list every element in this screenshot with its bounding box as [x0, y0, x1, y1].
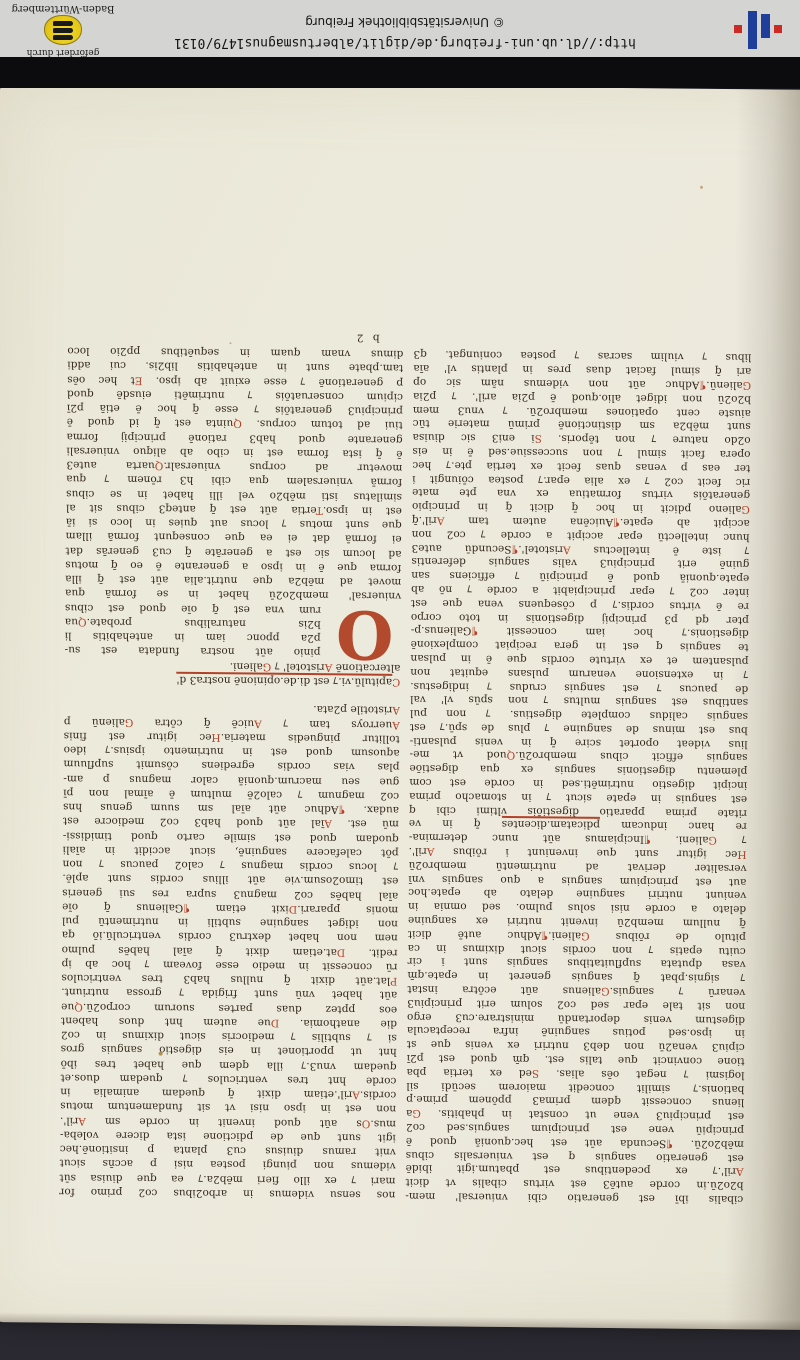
funding-region-text: Baden-Württemberg	[4, 2, 122, 14]
rubricated-text: Q	[74, 1001, 83, 1013]
logo-blue-bar	[748, 11, 757, 49]
coat-of-arms-baden-wuerttemberg-icon	[44, 15, 82, 45]
book-page: cibalis ibī est generatio cibi vniuersal…	[0, 82, 800, 1330]
rubricated-text: G	[263, 660, 272, 672]
rubricated-text: Q	[155, 460, 164, 472]
persistent-url-text: http://dl.ub.uni-freiburg.de/diglit/albe…	[130, 33, 680, 51]
rubricated-text: A	[427, 845, 435, 857]
rubricated-text: D	[271, 1017, 280, 1029]
rubricated-text: G	[125, 716, 134, 728]
rubricated-text: G	[743, 379, 752, 391]
rubricated-text: C	[392, 676, 400, 688]
rubricated-text: G	[741, 503, 750, 515]
red-underlined-text: pdicatam.dicentes	[502, 816, 600, 831]
funding-credit: gefördert durch Baden-Württemberg	[4, 2, 122, 57]
rubricated-text: H	[211, 731, 220, 743]
rubricated-text: A	[563, 543, 571, 555]
rubricated-text: S	[532, 1067, 539, 1079]
text-column-right: O b 2 nos sensu videmus in arbo2ibus co2…	[59, 344, 403, 1202]
rubricated-text: ¶	[471, 625, 478, 637]
rotated-photo: cibalis ibī est generatio cibi vniuersal…	[0, 0, 800, 1360]
scan-banner-bar: http://dl.ub.uni-freiburg.de/diglit/albe…	[0, 0, 800, 57]
rubricated-text: D	[289, 903, 298, 915]
quire-signature: b 2	[354, 331, 380, 343]
rubricated-text: ¶	[666, 1137, 673, 1149]
dust-speck	[700, 186, 703, 189]
rubricated-text: A	[392, 719, 400, 731]
lion-glyph	[53, 28, 73, 33]
rubricated-text: G	[708, 834, 717, 846]
rubricated-text: A	[352, 1089, 360, 1101]
text-column-left: cibalis ibī est generatio cibi vniuersal…	[405, 347, 751, 1206]
lion-glyph	[53, 21, 73, 26]
rubricated-text: A	[254, 717, 262, 729]
rubricated-text: ¶	[511, 543, 518, 555]
rubricated-text: A	[78, 1115, 86, 1127]
rubricated-text: ¶	[644, 834, 651, 846]
rubricated-text: ¶	[699, 379, 706, 391]
logo-red-square	[774, 25, 782, 33]
rubricated-text: O	[362, 1117, 371, 1129]
rubricated-text: G	[581, 930, 590, 942]
dust-speck	[229, 342, 231, 344]
rubricated-text: E	[135, 374, 143, 386]
rubricated-text: ¶	[338, 804, 345, 816]
rubricated-text: ¶	[183, 902, 190, 914]
rubricated-text: H	[737, 848, 746, 860]
rubricated-text: D	[337, 946, 346, 958]
rubricated-text: S	[535, 432, 542, 444]
rubricated-text: T	[317, 504, 323, 516]
rubricated-text: ¶	[613, 516, 620, 528]
lion-glyph	[53, 35, 73, 40]
rubricated-text: Q	[78, 616, 87, 628]
rubricated-text: A	[324, 818, 332, 830]
rubricated-text: G	[412, 1107, 421, 1119]
rubricated-text: A	[392, 704, 400, 716]
ub-freiburg-logo	[726, 8, 784, 50]
scan-viewport: cibalis ibī est generatio cibi vniuersal…	[0, 0, 800, 1360]
funding-note-text: gefördert durch	[4, 46, 122, 57]
rubricated-text: A	[736, 1166, 744, 1178]
rubricated-text: P	[390, 975, 397, 987]
black-divider-band	[0, 57, 800, 88]
rubricated-text: Q	[506, 749, 515, 761]
rubricated-text: ¶	[541, 929, 548, 941]
rubricated-text: Q	[233, 418, 242, 430]
dust-speck	[159, 1052, 163, 1056]
logo-blue-bar	[761, 14, 770, 38]
logo-red-square	[734, 25, 742, 33]
rubricated-text: G	[601, 985, 610, 997]
copyright-text: © Universitätsbibliothek Freiburg	[130, 13, 680, 30]
rubricated-text: A	[437, 514, 445, 526]
banner-text-block: http://dl.ub.uni-freiburg.de/diglit/albe…	[130, 13, 680, 51]
lombard-initial-O: O	[325, 605, 404, 664]
